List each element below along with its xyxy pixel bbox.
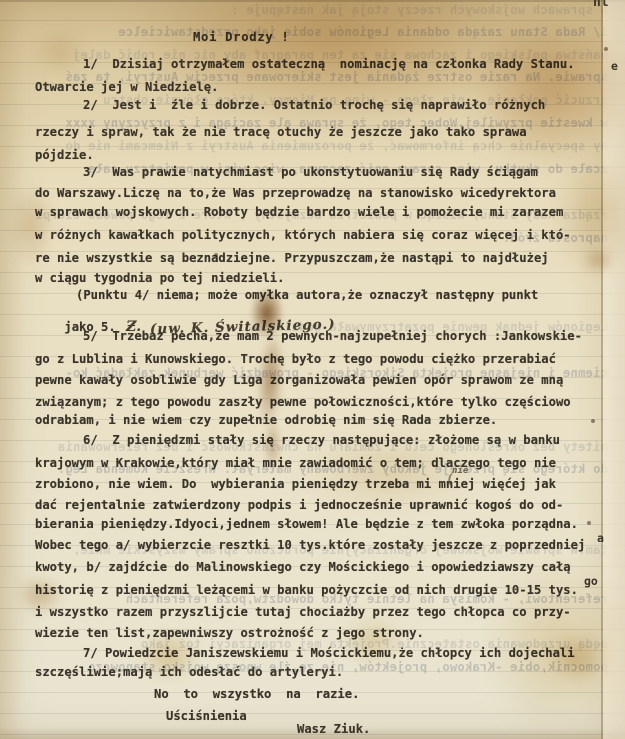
bleedthrough-line: ny specyalnie chcą informować, że porozu… [8,139,608,153]
typed-line: w ciągu tygodnia po tej niedzieli. [35,271,284,285]
bleedthrough-line: 1/ Rada Stanu zażąda oddania Legionów so… [8,25,608,39]
paper-speck [604,47,608,51]
typed-line: 6/ Z pieniędzmi stały się rzeczy następu… [83,433,560,447]
signature: Wasz Ziuk. [297,722,370,736]
letter-salutation: Moi Drodzy ! [193,30,289,44]
typed-line: w sprawach wojskowych. Roboty będzie bar… [35,205,563,219]
typed-line: re nie wszystkie są beznadziejne. Przypu… [35,251,549,265]
typed-line: wiezie ten list,zapewniwszy ostrożność z… [35,626,424,640]
margin-mark-nt: nt [593,0,609,10]
margin-mark-e: e [611,59,618,73]
typed-line: do Warszawy.Liczę na to,że Was przeprowa… [35,186,556,200]
page-edge-strip [601,0,625,739]
typed-line: 1/ Dzisiaj otrzymałem ostateczną nominac… [83,57,575,71]
typed-line: (Punktu 4/ niema; może omyłka autora,że … [76,288,538,302]
typed-line: Otwarcie jej w Niedzielę. [35,80,218,94]
closing-line: No to wszystko na razie. [154,687,359,701]
typed-line: odrabiam, i nie wiem czy zupełnie odrobi… [35,413,497,427]
typed-line: szczęśliwie;mają ich odesłać do artylery… [35,665,343,679]
typed-line: Wobec tego a/ wybierzcie resztki 10 tys.… [35,538,585,552]
paper-speck [591,419,595,423]
typed-line: kwoty, b/ zajdźcie do Malinowskiego czy … [35,560,571,574]
typed-line: 3/ Was prawie natychmiast po ukonstytuow… [83,165,538,179]
typed-line: pewne kawały osobliwie gdy Liga zorganiz… [35,373,563,387]
typed-line: go z Lublina i Kunowskiego. Trochę było … [35,352,556,366]
typed-line: 7/ Powiedzcie Janiszewskiemu i Mościckie… [83,646,575,660]
paper-speck [214,253,218,257]
typed-line: bierania pieniędzy.Idyoci,jednem słowem!… [35,517,578,531]
typed-line: zrobiono, nie wiem. Do wybierania pienię… [35,477,556,491]
typed-line: w różnych kawałkach politycznych, któryc… [35,228,571,242]
bleedthrough-line: W sprawach wojskowych rzeczy stoją jak n… [8,3,608,17]
typed-line: dać rejentalnie zatwierdzony podpis i je… [35,498,563,512]
typed-line: krajowym w Krakowie,który miał mnie zawi… [35,456,556,470]
typed-line: związanym; z tego powodu zaszły pewne po… [35,395,571,409]
inserted-letters-go: go [584,574,598,588]
paper-speck [587,521,591,525]
typed-line: rzeczy i spraw, tak że nie tracę otuchy … [35,125,527,139]
letter-page: W sprawach wojskowych rzeczy stoją jak n… [0,0,625,739]
typed-line: historię z pieniędzmi leżącemi w banku p… [35,583,578,597]
inserted-letter-a: a [597,531,604,545]
typed-line: 5/ Trzebaż pecha,że mam 2 pewnych-najzup… [83,329,582,343]
typed-line: pójdzie. [35,148,94,162]
typed-line: 2/ Jest i źle i dobrze. Ostatnio trochę … [83,98,545,112]
typed-line: i wszystko razem przyszlijcie tutaj choc… [35,605,571,619]
closing-farewell: Uściśnienia [166,709,247,723]
